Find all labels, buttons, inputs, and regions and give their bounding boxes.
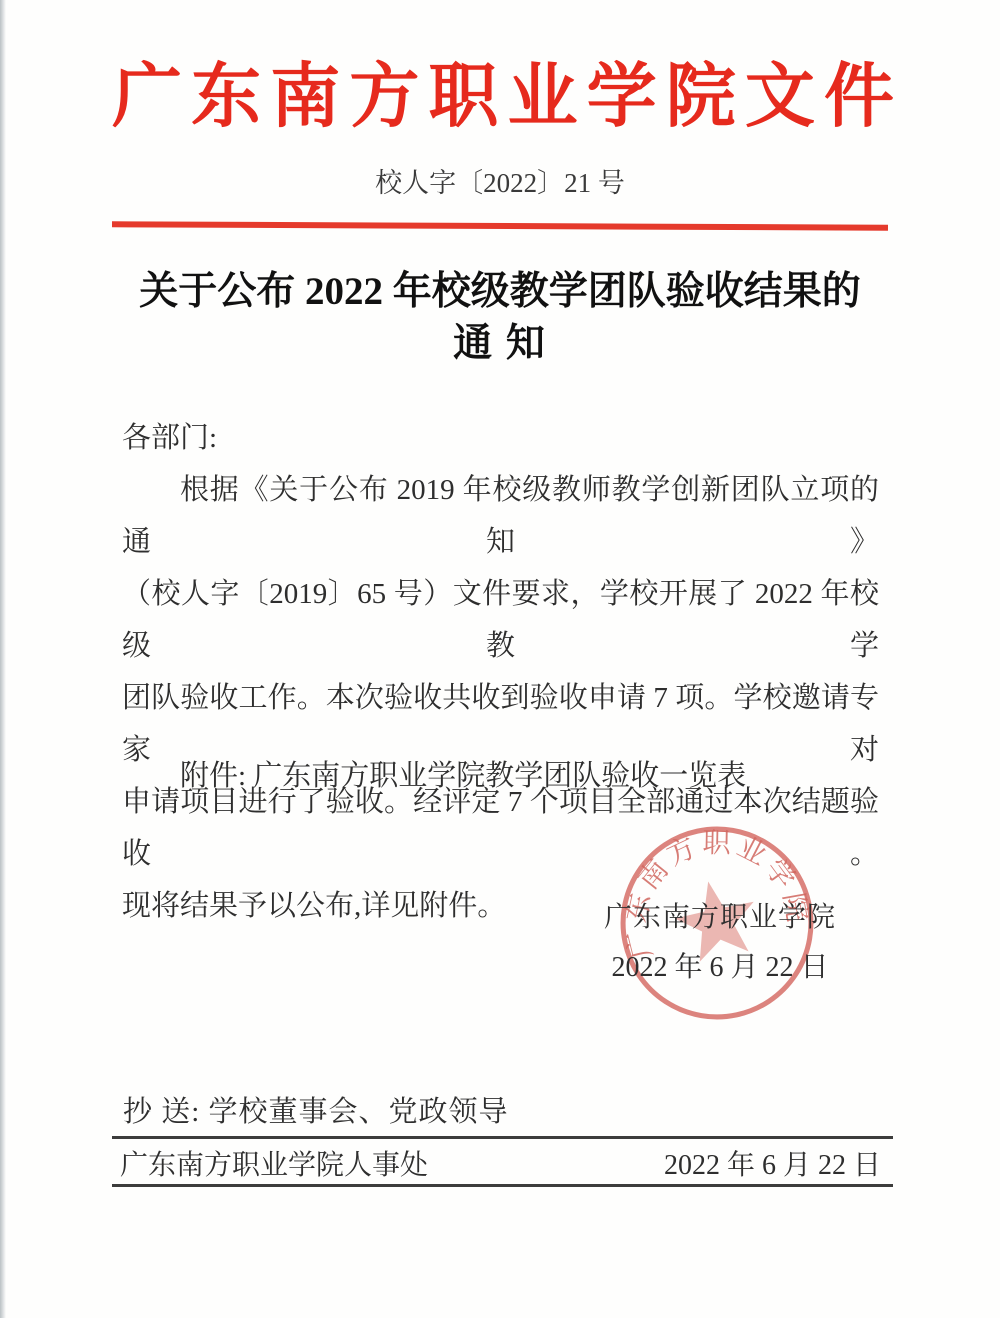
cc-distribution-line: 抄 送: 学校董事会、党政领导 [123, 1090, 509, 1134]
issuing-department: 广东南方职业学院人事处 [120, 1143, 428, 1183]
colophon-bottom-rule [112, 1184, 893, 1187]
paragraph-line: （校人字〔2019〕65 号）文件要求，学校开展了 2022 年校级教学 [122, 568, 879, 672]
signature-date: 2022 年 6 月 22 日 [575, 946, 865, 990]
body-text-block: 各部门: 根据《关于公布 2019 年校级教师教学创新团队立项的通知》 （校人字… [122, 412, 879, 932]
signature-block: 广东南方职业学院 2022 年 6 月 22 日 [575, 896, 865, 990]
document-title-line2: 通 知 [90, 318, 910, 370]
paragraph-line: 根据《关于公布 2019 年校级教师教学创新团队立项的通知》 [122, 464, 879, 568]
signature-org-name: 广东南方职业学院 [575, 896, 865, 940]
letterhead-red-rule [112, 221, 888, 230]
letterhead-org-title: 广东南方职业学院文件 [112, 52, 894, 144]
print-date: 2022 年 6 月 22 日 [664, 1143, 881, 1183]
document-title-line1: 关于公布 2022 年校级教学团队验收结果的 [90, 266, 910, 318]
colophon-top-rule [112, 1136, 893, 1139]
attachment-reference: 附件: 广东南方职业学院教学团队验收一览表 [122, 750, 879, 802]
document-page: 广东南方职业学院文件 校人字〔2022〕21 号 关于公布 2022 年校级教学… [0, 0, 1000, 1318]
main-paragraph: 根据《关于公布 2019 年校级教师教学创新团队立项的通知》 （校人字〔2019… [122, 464, 879, 932]
document-number: 校人字〔2022〕21 号 [0, 163, 1000, 203]
colophon-row: 广东南方职业学院人事处 2022 年 6 月 22 日 [112, 1141, 893, 1184]
document-title: 关于公布 2022 年校级教学团队验收结果的 通 知 [90, 266, 910, 370]
salutation: 各部门: [122, 412, 879, 464]
